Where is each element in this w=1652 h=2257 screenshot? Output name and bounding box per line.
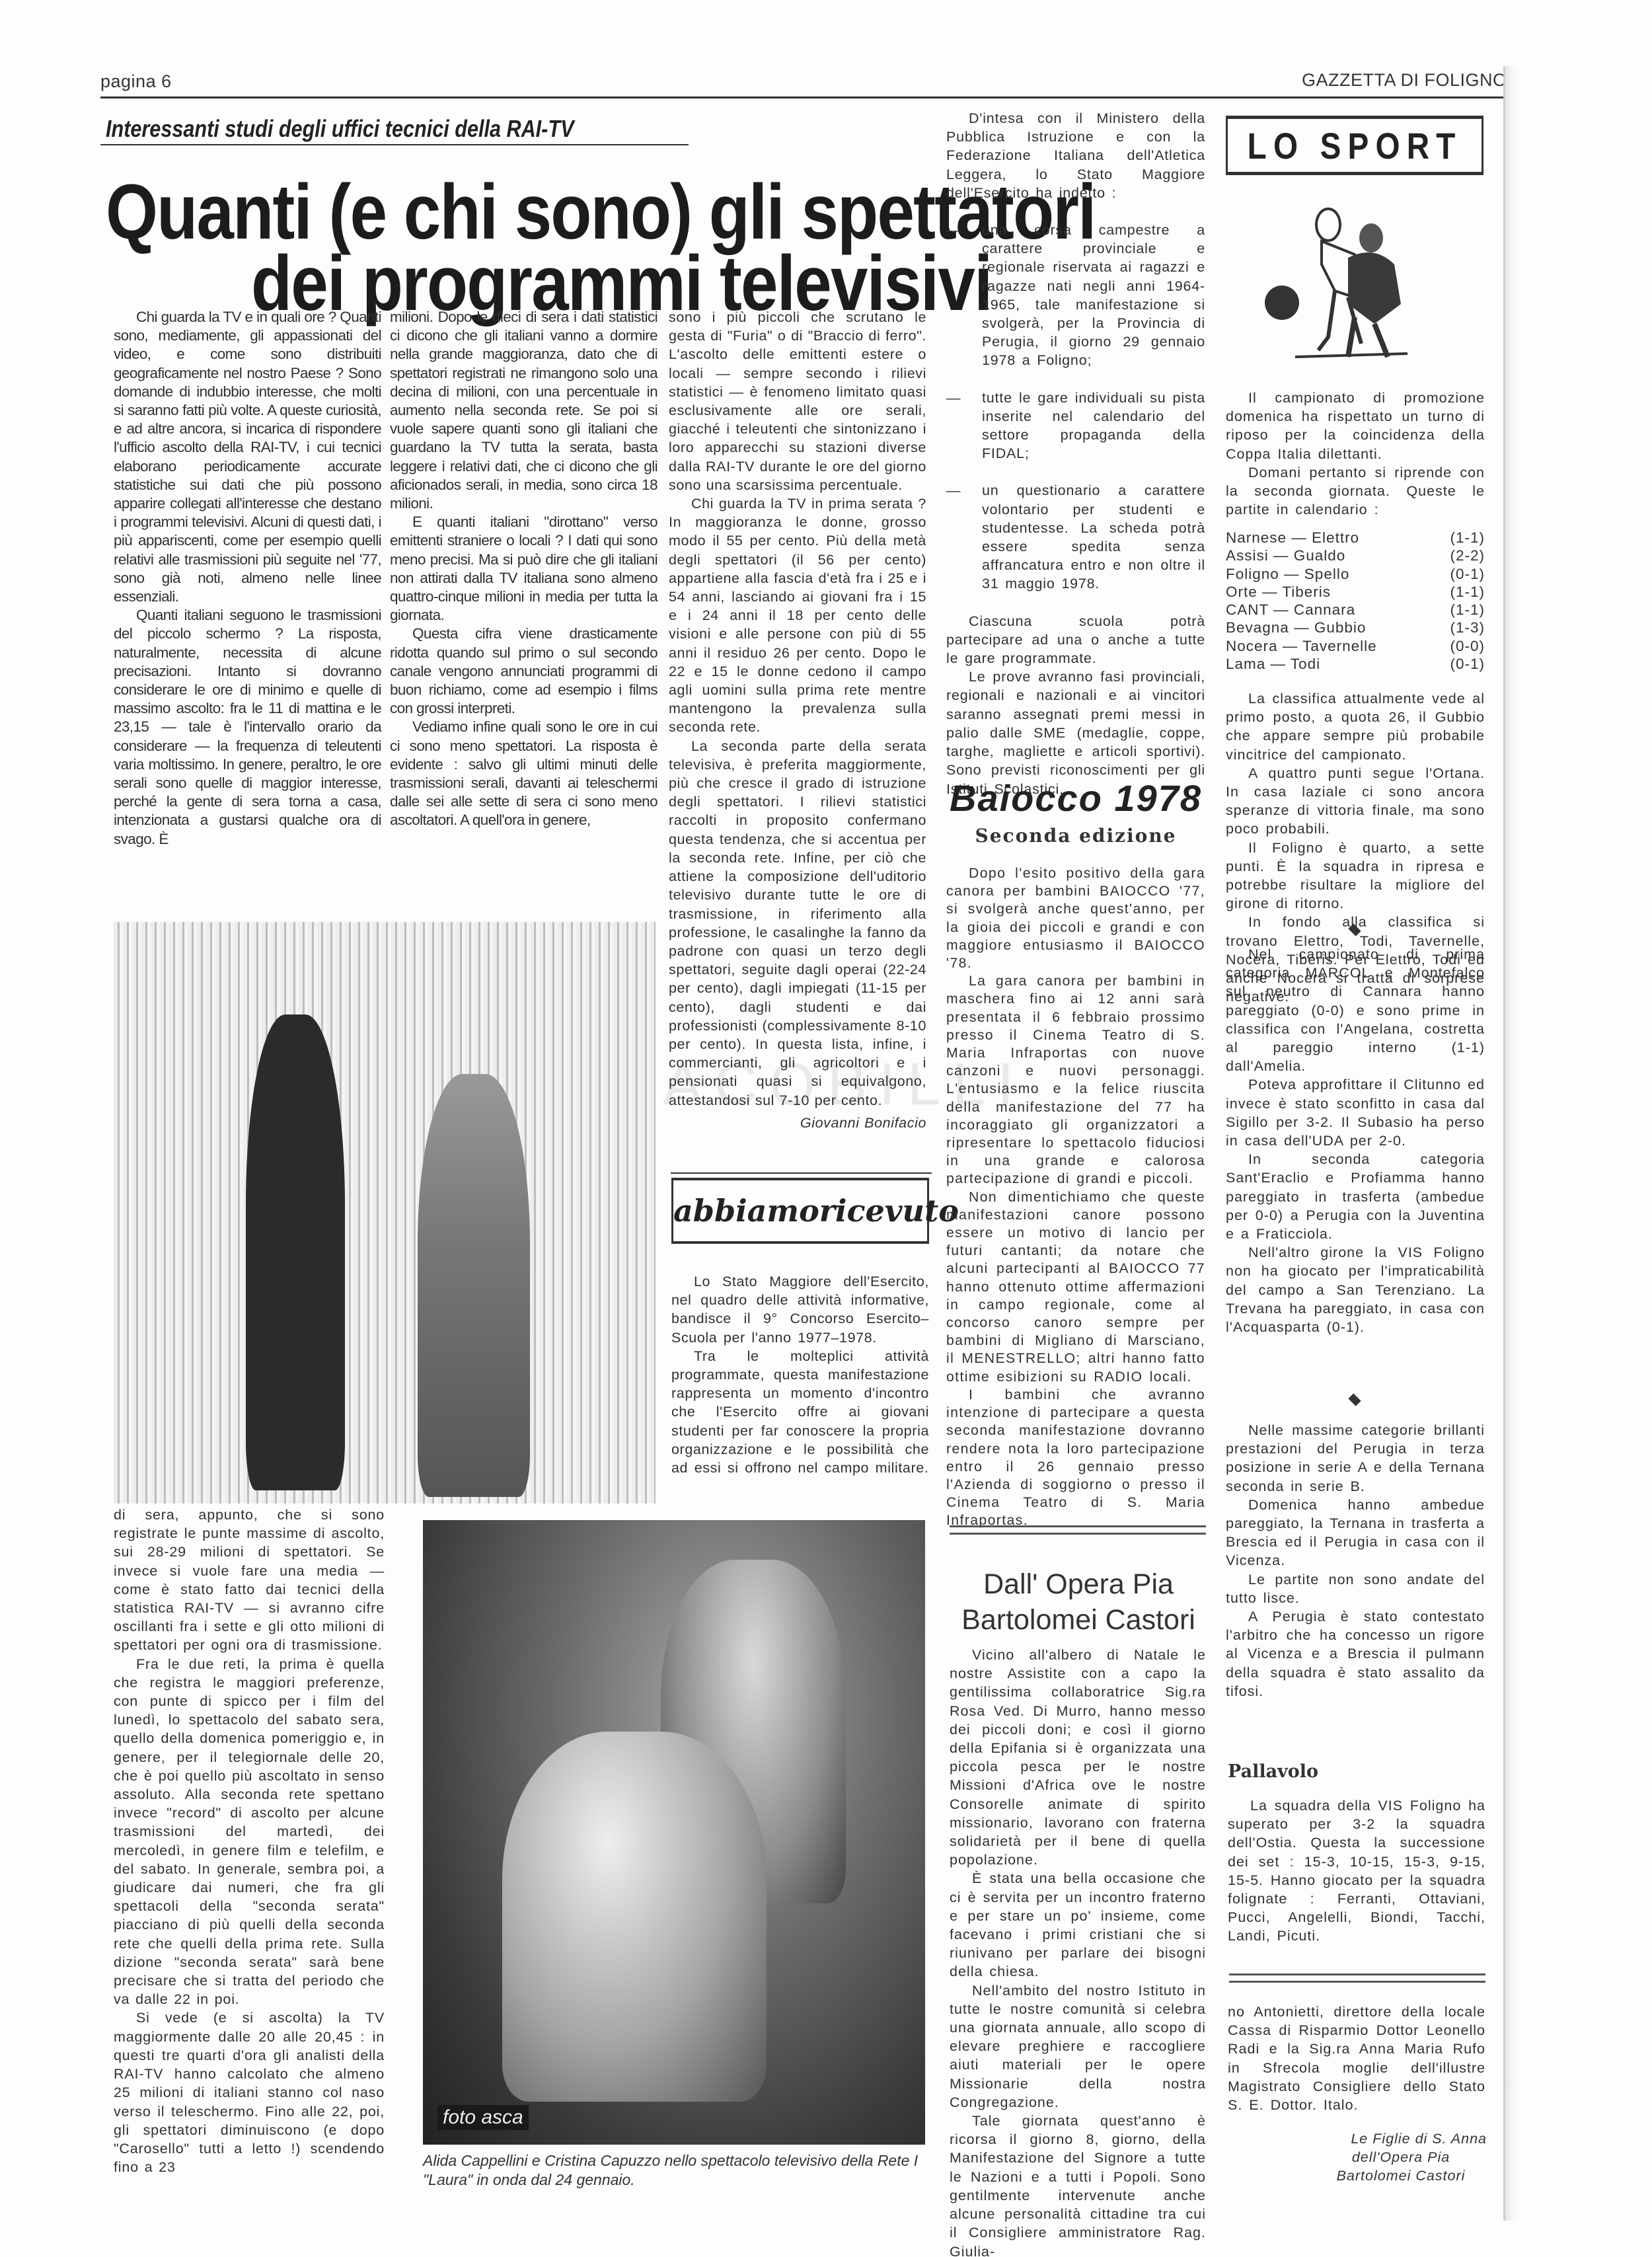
page-edge-shadow [1503, 66, 1525, 2221]
paragraph: Fra le due reti, la prima è quella che r… [114, 1655, 385, 2009]
sport-title: LO SPORT [1248, 124, 1462, 167]
pallavolo-body: La squadra della VIS Foligno ha superato… [1228, 1796, 1485, 1946]
paragraph: D'intesa con il Ministero della Pubblica… [946, 109, 1205, 202]
list-item: —una corsa campestre a carattere provinc… [946, 221, 1205, 370]
opera-pia-title: Dall' Opera Pia Bartolomei Castori [946, 1566, 1211, 1638]
dash-bullet: — [946, 221, 961, 239]
photo-figure-man [246, 1014, 345, 1490]
opera-pia-body: Vicino all'albero di Natale le nostre As… [950, 1646, 1206, 2257]
sport-intro: Il campionato di promozione domenica ha … [1226, 389, 1485, 519]
paragraph: A quattro punti segue l'Ortana. In casa … [1226, 764, 1485, 839]
abbiamo-ricevuto-box: abbiamo ricevuto [671, 1178, 929, 1244]
paragraph: Nell'altro girone la VIS Foligno non ha … [1226, 1243, 1485, 1336]
paragraph: A Perugia è stato contestato l'arbitro c… [1226, 1607, 1485, 1701]
paragraph: La classifica attualmente vede al primo … [1226, 689, 1485, 764]
author-byline: Giovanni Bonifacio [669, 1114, 926, 1132]
list-item: —tutte le gare individuali su pista inse… [946, 389, 1205, 463]
paragraph: In seconda categoria Sant'Eraclio e Prof… [1226, 1150, 1485, 1243]
sport-prima-categoria: Nel campionato di prima categoria MARCOL… [1226, 945, 1485, 1336]
dash-bullet: — [946, 481, 961, 500]
paragraph: Si vede (e si ascolta) la TV maggiorment… [114, 2008, 385, 2176]
baiocco-body: Dopo l'esito positivo della gara canora … [946, 864, 1205, 1530]
paragraph: Dopo l'esito positivo della gara canora … [946, 864, 1205, 972]
paragraph: Poteva approfittare il Clitunno ed invec… [1226, 1075, 1485, 1150]
paragraph: Vicino all'albero di Natale le nostre As… [950, 1646, 1206, 1869]
table-row: Bevagna — Gubbio(1-3) [1226, 619, 1485, 636]
esercito-article: D'intesa con il Ministero della Pubblica… [946, 109, 1205, 798]
photo-credit: foto asca [437, 2105, 529, 2130]
paragraph: I bambini che avranno intenzione di part… [946, 1386, 1205, 1530]
paragraph: Questa cifra viene drasticamente ridotta… [390, 625, 657, 718]
paragraph: La gara canora per bambini in maschera f… [946, 972, 1205, 1188]
fixtures-table: Narnese — Elettro(1-1) Assisi — Gualdo(2… [1226, 529, 1485, 673]
table-row: Nocera — Tavernelle(0-0) [1226, 637, 1485, 655]
diamond-separator-icon [1348, 1393, 1361, 1406]
table-row: Assisi — Gualdo(2-2) [1226, 547, 1485, 564]
paragraph: Chi guarda la TV in prima serata ? In ma… [669, 494, 926, 737]
opera-pia-continuation: no Antonietti, direttore della locale Ca… [1228, 2003, 1485, 2114]
dash-bullet: — [946, 389, 961, 407]
article-kicker: Interessanti studi degli uffici tecnici … [106, 115, 574, 143]
baiocco-subtitle: Seconda edizione [946, 825, 1205, 847]
section-double-rule [1229, 1973, 1485, 1983]
paragraph: Il Foligno è quarto, a sette punti. È la… [1226, 839, 1485, 913]
baiocco-title: Baiocco 1978 [946, 777, 1205, 820]
photo-figure-child [502, 1732, 767, 2102]
abbiamo-ricevuto-body: Lo Stato Maggiore dell'Esercito, nel qua… [671, 1272, 929, 1477]
paragraph: Chi guarda la TV e in quali ore ? Quanti… [114, 308, 381, 606]
paragraph: Tra le molteplici attività programmate, … [671, 1347, 929, 1477]
paragraph: Le partite non sono andate del tutto lis… [1226, 1570, 1485, 1607]
table-row: Narnese — Elettro(1-1) [1226, 529, 1485, 547]
photo-tv-show [114, 922, 656, 1504]
section-double-rule [950, 1525, 1206, 1535]
sport-serie: Nelle massime categorie brillanti presta… [1226, 1421, 1485, 1701]
paragraph: Quanti italiani seguono le trasmissioni … [114, 606, 381, 849]
paragraph: Non dimentichiamo che queste manifestazi… [946, 1188, 1205, 1386]
paragraph: La squadra della VIS Foligno ha superato… [1228, 1796, 1485, 1946]
paragraph: Nell'ambito del nostro Istituto in tutte… [950, 1981, 1206, 2112]
paragraph: Lo Stato Maggiore dell'Esercito, nel qua… [671, 1272, 929, 1347]
photo-actresses: foto asca [423, 1520, 925, 2145]
page-number: pagina 6 [100, 71, 172, 92]
kicker-rule [100, 144, 689, 145]
paragraph: di sera, appunto, che si sono registrate… [114, 1506, 385, 1655]
table-row: Foligno — Spello(0-1) [1226, 565, 1485, 583]
paragraph: Domani pertanto si riprende con la secon… [1226, 463, 1485, 519]
newspaper-page: pagina 6 GAZZETTA DI FOLIGNO Interessant… [0, 0, 1652, 2257]
article-column-2: milioni. Dopo le dieci di sera i dati st… [390, 308, 657, 830]
paragraph: milioni. Dopo le dieci di sera i dati st… [390, 308, 657, 513]
paragraph: Ciascuna scuola potrà partecipare ad una… [946, 612, 1205, 668]
paragraph: no Antonietti, direttore della locale Ca… [1228, 2003, 1485, 2114]
event-list: —una corsa campestre a carattere provinc… [946, 221, 1205, 593]
article-column-3: sono i più piccoli che scrutano le gesta… [669, 308, 926, 1132]
masthead: GAZZETTA DI FOLIGNO [1302, 70, 1507, 91]
sport-section-header: LO SPORT [1226, 116, 1483, 175]
list-item: —un questionario a carattere volontario … [946, 481, 1205, 593]
paragraph: Vediamo infine quali sono le ore in cui … [390, 718, 657, 829]
paragraph: Nelle massime categorie brillanti presta… [1226, 1421, 1485, 1496]
paragraph: È stata una bella occasione che ci è ser… [950, 1869, 1206, 1981]
football-players-icon [1256, 192, 1454, 363]
article-column-1-continued: di sera, appunto, che si sono registrate… [114, 1506, 385, 2176]
paragraph: Il campionato di promozione domenica ha … [1226, 389, 1485, 463]
box-title-word-1: abbiamo [673, 1193, 819, 1229]
box-title-word-2: ricevuto [819, 1193, 959, 1229]
article-column-1: Chi guarda la TV e in quali ore ? Quanti… [114, 308, 381, 849]
table-row: Lama — Todi(0-1) [1226, 655, 1485, 673]
pallavolo-heading: Pallavolo [1228, 1761, 1318, 1782]
paragraph: sono i più piccoli che scrutano le gesta… [669, 308, 926, 494]
table-row: CANT — Cannara(1-1) [1226, 601, 1485, 619]
photo-caption: Alida Cappellini e Cristina Capuzzo nell… [423, 2151, 938, 2190]
paragraph: E quanti italiani "dirottano" verso emit… [390, 513, 657, 625]
box-rule [671, 1172, 932, 1174]
table-row: Orte — Tiberis(1-1) [1226, 583, 1485, 601]
header-rule [100, 96, 1508, 98]
paragraph: Tale giornata quest'anno è ricorsa il gi… [950, 2112, 1206, 2257]
paragraph: La seconda parte della serata televisiva… [669, 737, 926, 1110]
paragraph: Domenica hanno ambedue pareggiato, la Te… [1226, 1496, 1485, 1570]
photo-figure-woman [418, 1074, 530, 1497]
opera-pia-signature: Le Figlie di S. Anna dell'Opera Pia Bart… [1315, 2129, 1487, 2185]
paragraph: Nel campionato di prima categoria MARCOL… [1226, 945, 1485, 1075]
